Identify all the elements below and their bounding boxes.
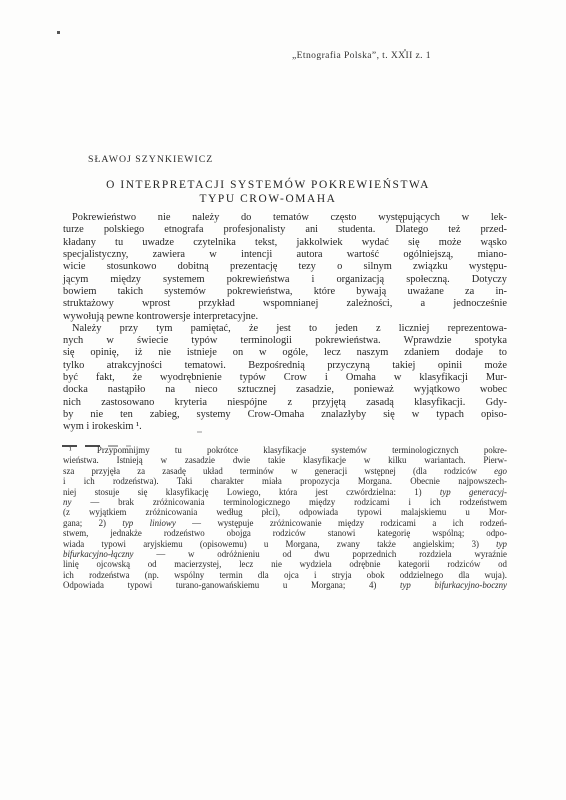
- text-line: by nie ten zabieg, systemy Crow-Omaha zn…: [63, 409, 507, 421]
- footnote-separator: [62, 437, 135, 441]
- scanned-page: „Etnografia Polska”, t. XXII z. 1 SŁAWOJ…: [0, 0, 566, 800]
- text-line: specjalistyczny, zawiera w intencji auto…: [63, 249, 507, 261]
- text-line: turze polskiego etnografa profesjonalist…: [63, 224, 507, 236]
- text-line: linię ojcowską od macierzystej, lecz nie…: [63, 559, 507, 569]
- text-line: gana; 2) typ liniowy — występuje zróżnic…: [63, 518, 507, 528]
- text-line: wieństwa. Istnieją w zasadzie dwie takie…: [63, 455, 507, 465]
- text-line: wicie stosunkowo dobitną prezentację tez…: [63, 261, 507, 273]
- text-line: i ich rodzeństwa). Taki charakter miała …: [63, 476, 507, 486]
- text-line: struktażowy wprost przykład wspomnianej …: [63, 298, 507, 310]
- paragraph: Należy przy tym pamiętać, że jest to jed…: [63, 323, 507, 434]
- text-line: ich rodzeństwa (np. wspólny termin dla o…: [63, 570, 507, 580]
- text-line: wym i irokeskim ¹.: [63, 421, 507, 433]
- text-line: Należy przy tym pamiętać, że jest to jed…: [63, 323, 507, 335]
- text-line: nych w świecie typów terminologii pokrew…: [63, 335, 507, 347]
- text-line: kładany tu uwadze czytelnika tekst, jakk…: [63, 237, 507, 249]
- text-line: Pokrewieństwo nie należy do tematów częs…: [63, 212, 507, 224]
- article-title-block: O INTERPRETACJI SYSTEMÓW POKREWIEŃSTWA T…: [47, 179, 489, 206]
- journal-header: „Etnografia Polska”, t. XXII z. 1: [292, 50, 431, 61]
- text-line: być fakt, że wyodrębnienie typów Crow i …: [63, 372, 507, 384]
- article-body: Pokrewieństwo nie należy do tematów częs…: [63, 212, 507, 434]
- text-line: stwem, jednakże rodzeństwo obojga rodzic…: [63, 528, 507, 538]
- text-line: wiada typowi aryjskiemu (opisowemu) u Mo…: [63, 539, 507, 549]
- article-subtitle: TYPU CROW-OMAHA: [47, 193, 489, 207]
- footnote: ¹ Przypomnijmy tu pokrótce klasyfikacje …: [63, 445, 507, 591]
- text-line: sza przyjęła za zasadę układ terminów w …: [63, 466, 507, 476]
- text-line: niej stosuje się klasyfikację Lowiego, k…: [63, 487, 507, 497]
- text-line: ¹ Przypomnijmy tu pokrótce klasyfikacje …: [63, 445, 507, 455]
- text-line: się opinię, iż nie istnieje on w ogóle, …: [63, 347, 507, 359]
- scan-speck: [57, 31, 60, 34]
- text-line: tylko atrakcyjności tematowi. Bezpośredn…: [63, 360, 507, 372]
- paragraph: Pokrewieństwo nie należy do tematów częs…: [63, 212, 507, 323]
- text-line: wywołują pewne kontrowersje interpretacy…: [63, 311, 507, 323]
- text-line: bowiem takich systemów pokrewieństwa, kt…: [63, 286, 507, 298]
- text-line: Odpowiada typowi turano-ganowańskiemu u …: [63, 580, 507, 590]
- text-line: docka nastąpiło na nieco sztucznej zasad…: [63, 384, 507, 396]
- author-name: SŁAWOJ SZYNKIEWICZ: [88, 154, 213, 165]
- text-line: bifurkacyjno-łączny — w odróżnieniu od d…: [63, 549, 507, 559]
- text-line: jącym między systemem pokrewieństwa i or…: [63, 274, 507, 286]
- text-line: (z wyjątkiem zróżnicowania według płci),…: [63, 507, 507, 517]
- article-title: O INTERPRETACJI SYSTEMÓW POKREWIEŃSTWA: [47, 179, 489, 193]
- text-line: nich zastosowano kryteria niespójne z pr…: [63, 397, 507, 409]
- text-line: ny — brak zróżnicowania terminologiczneg…: [63, 497, 507, 507]
